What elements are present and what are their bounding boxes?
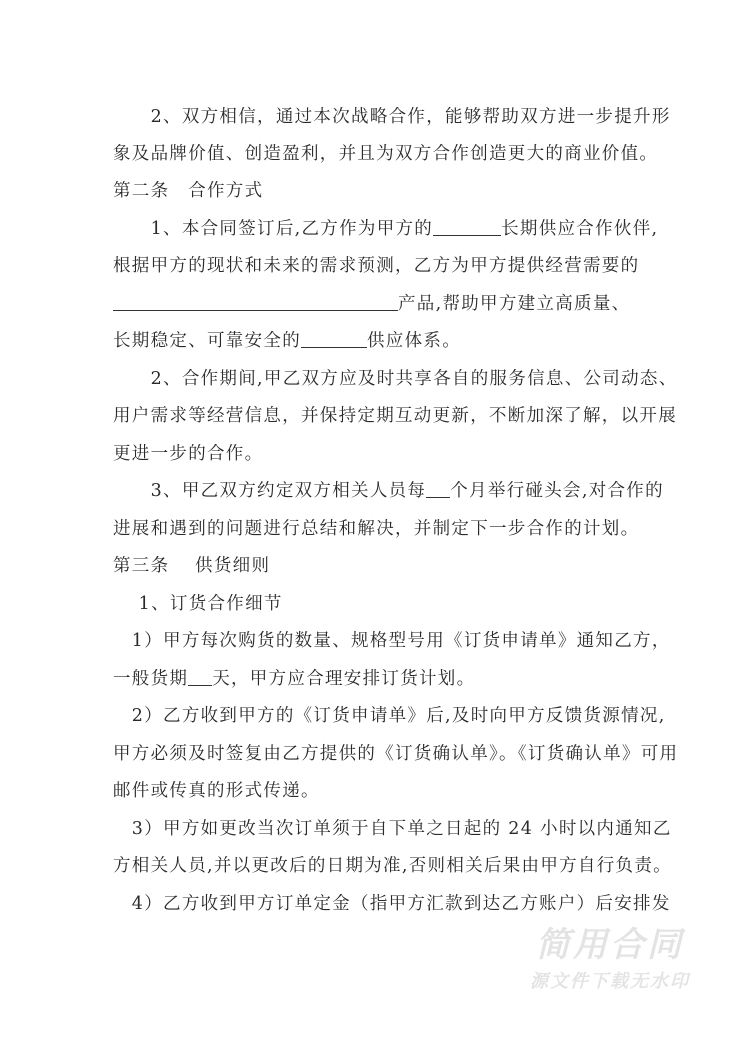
text: 象及品牌价值、创造盈利，并且为双方合作创造更大的商业价值。 xyxy=(113,144,658,164)
text: 长期供应合作伙伴, xyxy=(501,219,658,239)
paragraph-line: 2、合作期间,甲乙双方应及时共享各自的服务信息、公司动态、 xyxy=(113,364,631,394)
watermark: 简用合同 源文件下载无水印 xyxy=(510,925,710,995)
paragraph-line: 2、双方相信，通过本次战略合作，能够帮助双方进一步提升形 xyxy=(113,102,631,132)
paragraph-line: 1）甲方每次购货的数量、规格型号用《订货申请单》通知乙方， xyxy=(113,626,631,656)
text: 供应体系。 xyxy=(367,331,461,351)
paragraph-line: 1、本合同签订后,乙方作为甲方的长期供应合作伙伴, xyxy=(113,214,631,244)
fill-in-blank[interactable] xyxy=(426,479,450,498)
section-heading: 1、订货合作细节 xyxy=(113,589,631,619)
text: 2、合作期间,甲乙双方应及时共享各自的服务信息、公司动态、 xyxy=(113,369,678,389)
paragraph-line: 3）甲方如更改当次订单须于自下单之日起的 24 小时以内通知乙 xyxy=(113,814,631,844)
paragraph-line: 甲方必须及时签复由乙方提供的《订货确认单》。《订货确认单》可用 xyxy=(113,739,631,769)
watermark-subtitle: 源文件下载无水印 xyxy=(510,969,710,995)
text: 天，甲方应合理安排订货计划。 xyxy=(212,669,475,689)
fill-in-blank[interactable] xyxy=(433,217,501,236)
text: 甲方必须及时签复由乙方提供的《订货确认单》。《订货确认单》可用 xyxy=(113,744,678,764)
text: 一般货期 xyxy=(113,669,188,689)
text: 邮件或传真的形式传递。 xyxy=(113,781,320,801)
paragraph-line: 进展和遇到的问题进行总结和解决，并制定下一步合作的计划。 xyxy=(113,514,631,544)
fill-in-blank[interactable] xyxy=(188,667,212,686)
text: 更进一步的合作。 xyxy=(113,444,263,464)
text: 2）乙方收到甲方的《订货申请单》后,及时向甲方反馈货源情况, xyxy=(113,706,666,726)
fill-in-blank[interactable] xyxy=(113,292,398,311)
text: 用户需求等经营信息，并保持定期互动更新，不断加深了解，以开展 xyxy=(113,406,677,426)
paragraph-line: 一般货期天，甲方应合理安排订货计划。 xyxy=(113,664,631,694)
paragraph-line: 邮件或传真的形式传递。 xyxy=(113,776,631,806)
paragraph-line: 更进一步的合作。 xyxy=(113,439,631,469)
article-heading: 第三条 供货细则 xyxy=(113,551,631,581)
text: 根据甲方的现状和未来的需求预测，乙方为甲方提供经营需要的 xyxy=(113,256,639,276)
text: 1、本合同签订后,乙方作为甲方的 xyxy=(113,219,433,239)
text: 1）甲方每次购货的数量、规格型号用《订货申请单》通知乙方， xyxy=(113,631,671,651)
text: 3、甲乙双方约定双方相关人员每 xyxy=(113,481,426,501)
paragraph-line: 3、甲乙双方约定双方相关人员每个月举行碰头会,对合作的 xyxy=(113,476,631,506)
paragraph-line: 用户需求等经营信息，并保持定期互动更新，不断加深了解，以开展 xyxy=(113,401,631,431)
watermark-title: 简用合同 xyxy=(510,925,710,965)
text: 方相关人员,并以更改后的日期为准,否则相关后果由甲方自行负责。 xyxy=(113,856,672,876)
heading-text: 第二条 合作方式 xyxy=(113,181,263,201)
paragraph-line: 象及品牌价值、创造盈利，并且为双方合作创造更大的商业价值。 xyxy=(113,139,631,169)
text: 个月举行碰头会,对合作的 xyxy=(450,481,664,501)
paragraph-line: 方相关人员,并以更改后的日期为准,否则相关后果由甲方自行负责。 xyxy=(113,851,631,881)
paragraph-line: 4）乙方收到甲方订单定金（指甲方汇款到达乙方账户）后安排发 xyxy=(113,889,631,919)
paragraph-line: 2）乙方收到甲方的《订货申请单》后,及时向甲方反馈货源情况, xyxy=(113,701,631,731)
article-heading: 第二条 合作方式 xyxy=(113,176,631,206)
fill-in-blank[interactable] xyxy=(301,329,367,348)
paragraph-line: 产品,帮助甲方建立高质量、 xyxy=(113,289,631,319)
text: 3）甲方如更改当次订单须于自下单之日起的 24 小时以内通知乙 xyxy=(113,819,672,839)
text: 长期稳定、可靠安全的 xyxy=(113,331,301,351)
heading-text: 第三条 供货细则 xyxy=(113,556,270,576)
paragraph-line: 根据甲方的现状和未来的需求预测，乙方为甲方提供经营需要的 xyxy=(113,251,631,281)
paragraph-line: 长期稳定、可靠安全的供应体系。 xyxy=(113,326,631,356)
text: 4）乙方收到甲方订单定金（指甲方汇款到达乙方账户）后安排发 xyxy=(113,894,671,914)
text: 进展和遇到的问题进行总结和解决，并制定下一步合作的计划。 xyxy=(113,519,639,539)
text: 2、双方相信，通过本次战略合作，能够帮助双方进一步提升形 xyxy=(113,107,671,127)
document-page: 2、双方相信，通过本次战略合作，能够帮助双方进一步提升形 象及品牌价值、创造盈利… xyxy=(0,0,742,1049)
text: 1、订货合作细节 xyxy=(113,594,283,614)
text: 产品,帮助甲方建立高质量、 xyxy=(398,294,630,314)
